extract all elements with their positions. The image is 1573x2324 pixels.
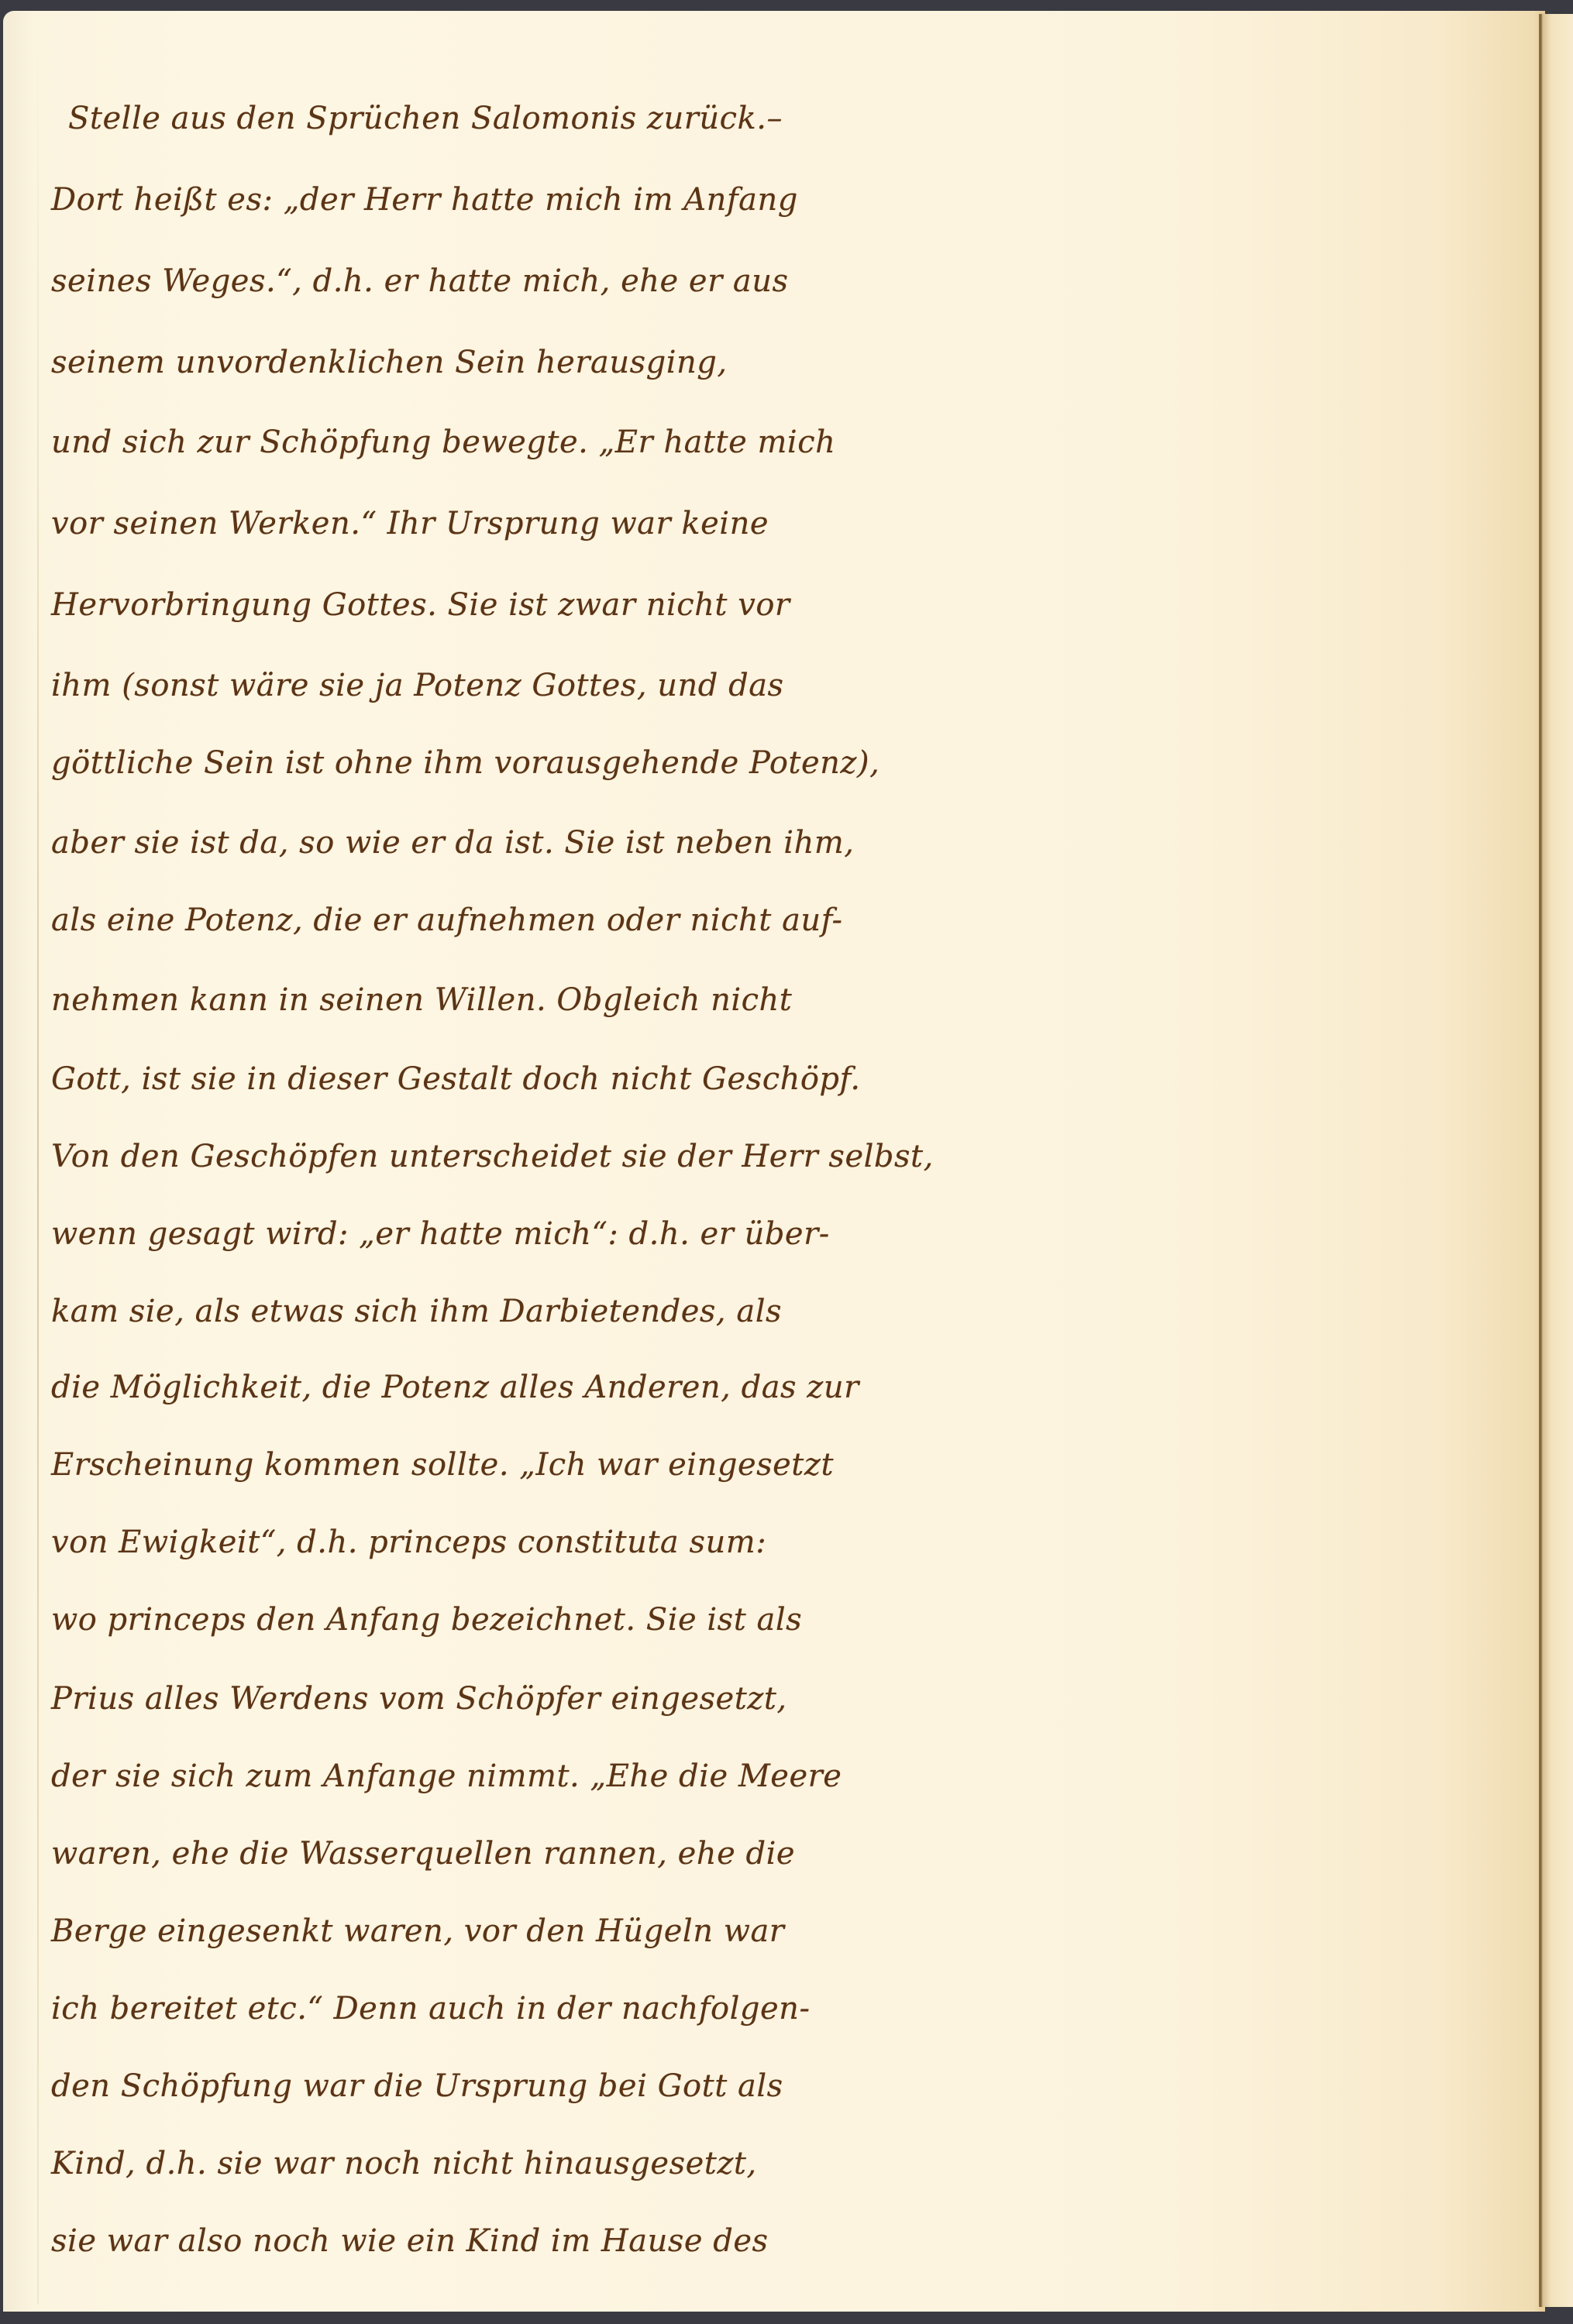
text-line: göttliche Sein ist ohne ihm vorausgehend… bbox=[51, 745, 879, 781]
text-line: Stelle aus den Sprüchen Salomonis zurück… bbox=[68, 101, 783, 136]
text-line: seinem unvordenklichen Sein herausging, bbox=[51, 345, 728, 380]
next-page-edge bbox=[1539, 14, 1573, 2307]
text-line: Dort heißt es: „der Herr hatte mich im A… bbox=[51, 182, 798, 218]
page-margin-line bbox=[37, 34, 39, 2304]
text-line: der sie sich zum Anfange nimmt. „Ehe die… bbox=[51, 1758, 842, 1794]
text-line: seines Weges.“, d.h. er hatte mich, ehe … bbox=[51, 263, 789, 299]
text-line: von Ewigkeit“, d.h. princeps constituta … bbox=[51, 1525, 766, 1560]
text-line: aber sie ist da, so wie er da ist. Sie i… bbox=[51, 825, 854, 861]
text-line: Kind, d.h. sie war noch nicht hinausgese… bbox=[51, 2146, 757, 2181]
text-line: vor seinen Werken.“ Ihr Ursprung war kei… bbox=[51, 506, 769, 541]
text-line: ich bereitet etc.“ Denn auch in der nach… bbox=[51, 1991, 810, 2027]
text-line: als eine Potenz, die er aufnehmen oder n… bbox=[51, 902, 843, 938]
text-line: ihm (sonst wäre sie ja Potenz Gottes, un… bbox=[51, 668, 784, 703]
text-line: waren, ehe die Wasserquellen rannen, ehe… bbox=[51, 1836, 795, 1872]
text-line: die Möglichkeit, die Potenz alles Andere… bbox=[51, 1370, 859, 1405]
text-line: wo princeps den Anfang bezeichnet. Sie i… bbox=[51, 1602, 802, 1638]
text-line: Hervorbringung Gottes. Sie ist zwar nich… bbox=[51, 587, 790, 623]
text-line: wenn gesagt wird: „er hatte mich“: d.h. … bbox=[51, 1216, 830, 1252]
text-line: sie war also noch wie ein Kind im Hause … bbox=[51, 2223, 769, 2259]
text-line: Von den Geschöpfen unterscheidet sie der… bbox=[51, 1139, 934, 1174]
text-line: und sich zur Schöpfung bewegte. „Er hatt… bbox=[51, 425, 835, 460]
text-line: nehmen kann in seinen Willen. Obgleich n… bbox=[51, 982, 792, 1018]
text-line: kam sie, als etwas sich ihm Darbietendes… bbox=[51, 1294, 782, 1329]
text-line: den Schöpfung war die Ursprung bei Gott … bbox=[51, 2068, 783, 2104]
text-line: Prius alles Werdens vom Schöpfer eingese… bbox=[51, 1681, 787, 1717]
previous-page-edge bbox=[3, 101, 31, 2192]
text-line: Erscheinung kommen sollte. „Ich war eing… bbox=[51, 1447, 834, 1483]
text-line: Berge eingesenkt waren, vor den Hügeln w… bbox=[51, 1913, 784, 1949]
manuscript-scan: Stelle aus den Sprüchen Salomonis zurück… bbox=[0, 0, 1573, 2324]
text-line: Gott, ist sie in dieser Gestalt doch nic… bbox=[51, 1061, 861, 1097]
